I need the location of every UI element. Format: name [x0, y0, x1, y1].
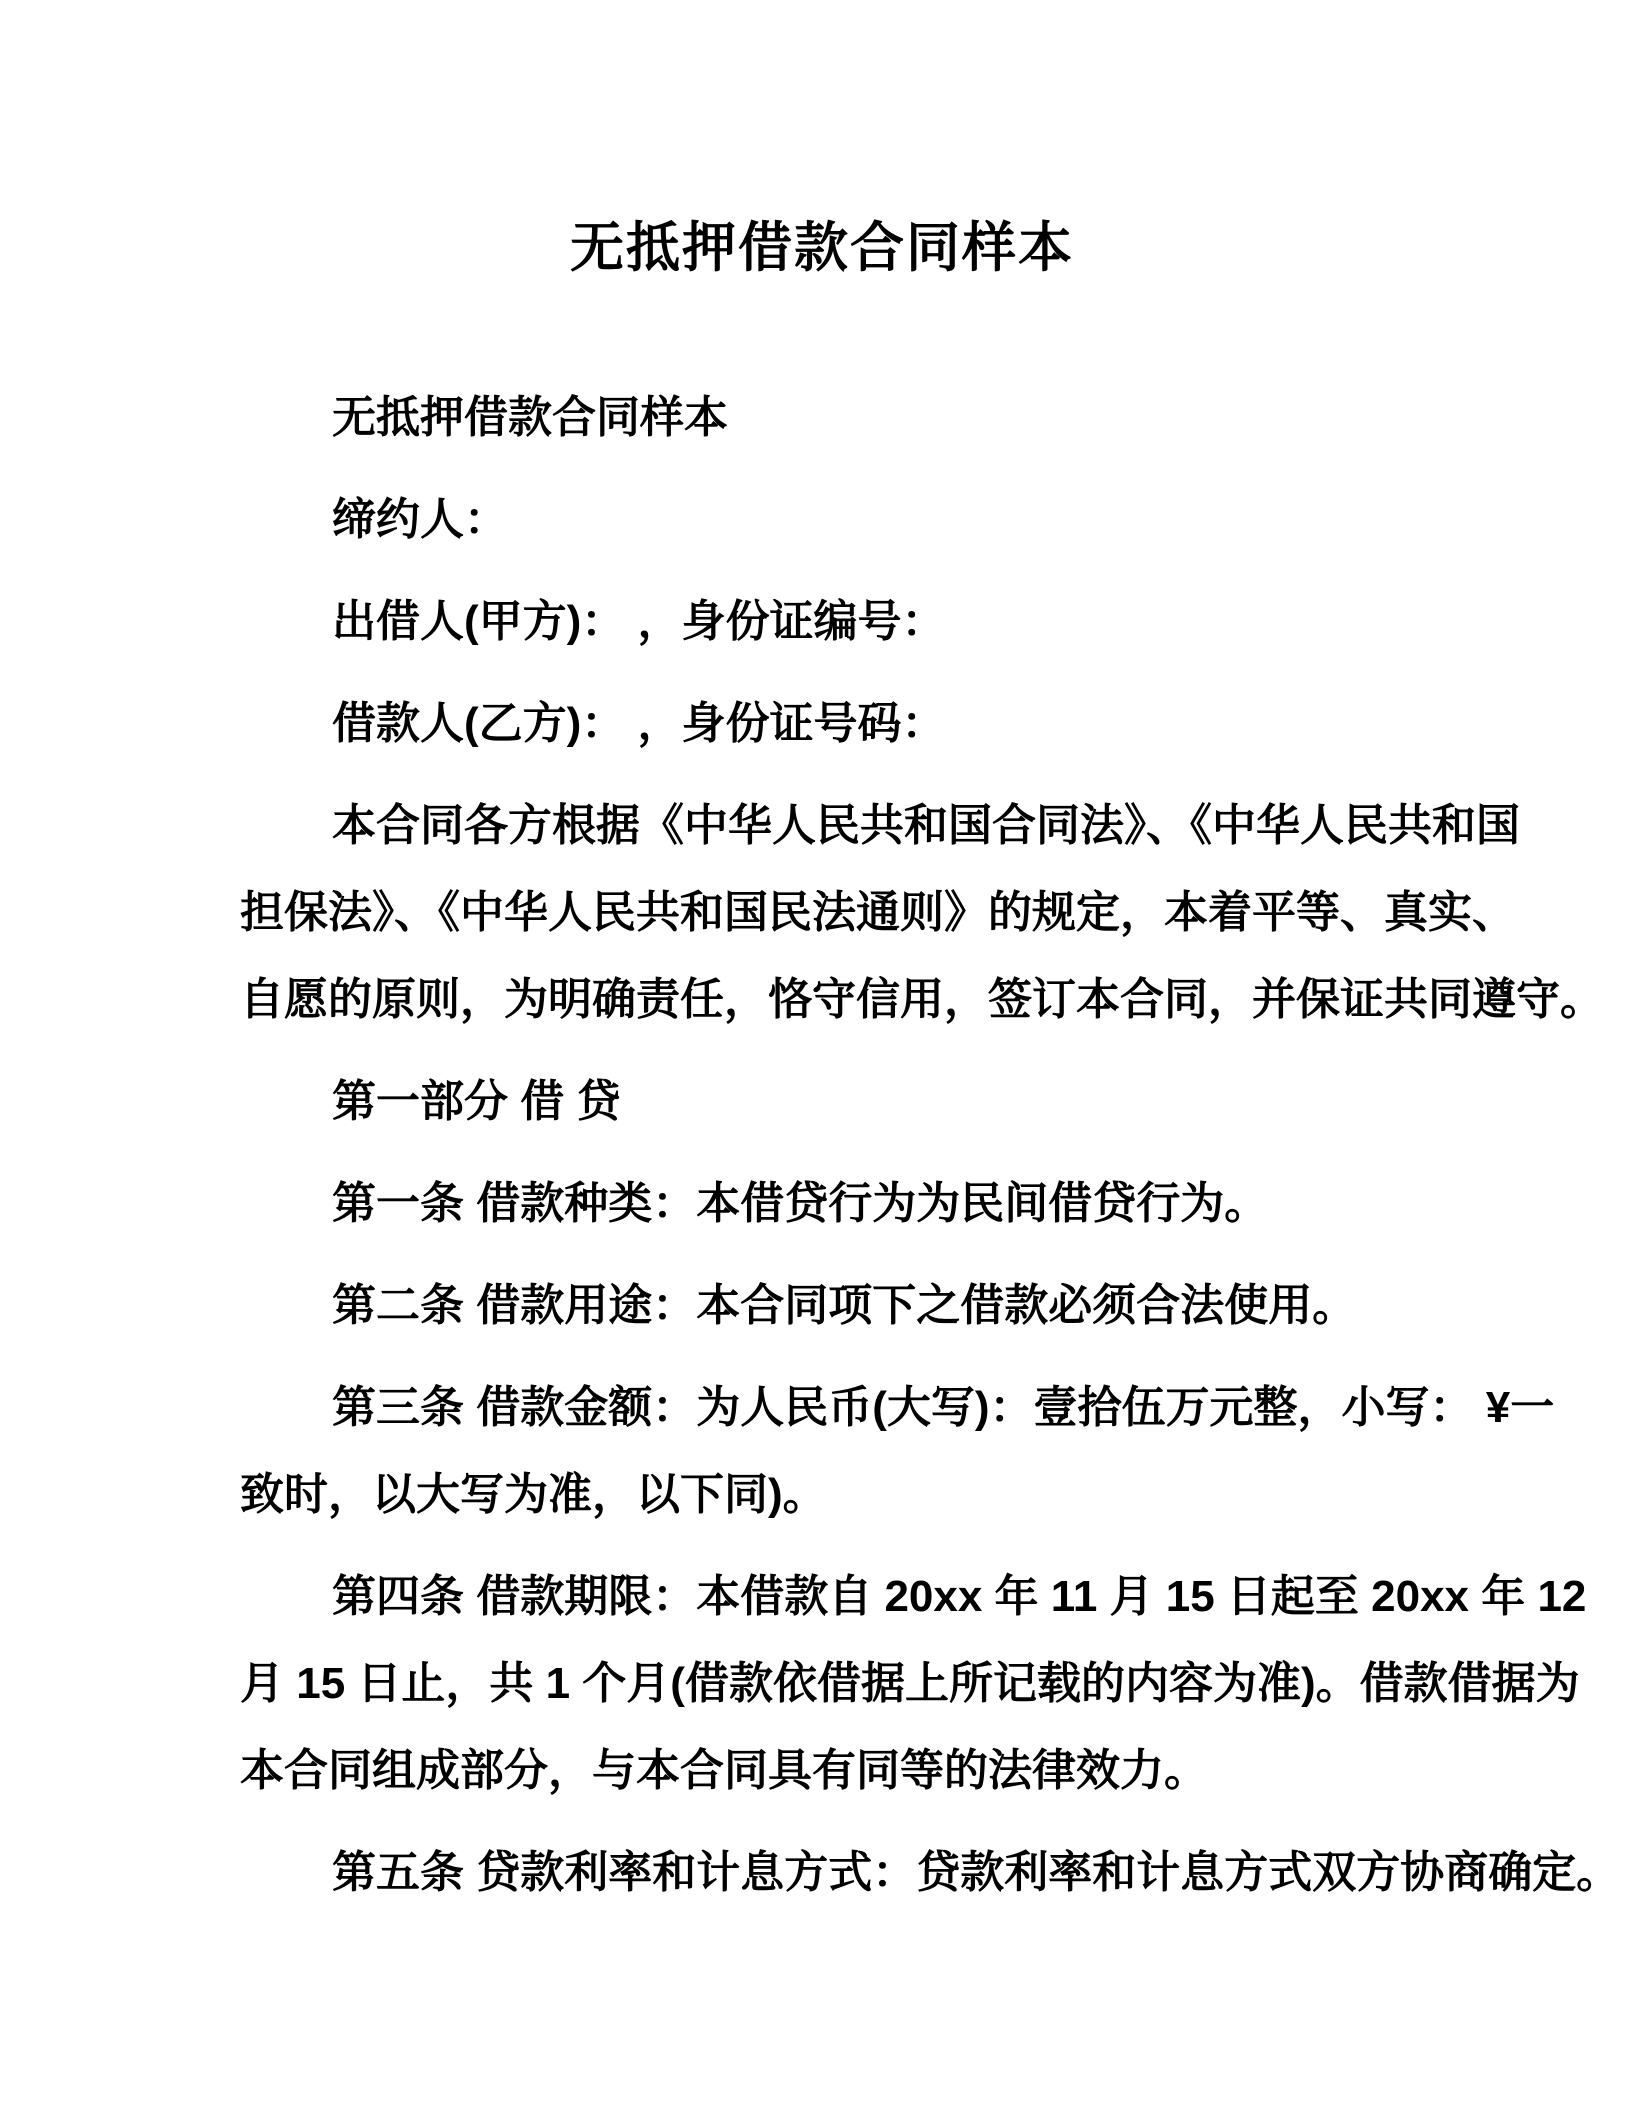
paragraph-line: 第四条 借款期限：本借款自 20xx 年 11 月 15 日起至 20xx 年 … — [240, 1553, 1404, 1640]
paragraph: 无抵押借款合同样本 — [240, 374, 1404, 461]
paragraph: 第一部分 借 贷 — [240, 1058, 1404, 1145]
paragraph-line: 致时，以大写为准，以下同)。 — [240, 1451, 1404, 1538]
paragraph: 第二条 借款用途：本合同项下之借款必须合法使用。 — [240, 1262, 1404, 1349]
paragraph: 第三条 借款金额：为人民币(大写)：壹拾伍万元整，小写： ¥一致时，以大写为准，… — [240, 1364, 1404, 1538]
paragraph: 缔约人： — [240, 476, 1404, 563]
document-body: 无抵押借款合同样本缔约人：出借人(甲方)： ，身份证编号：借款人(乙方)： ，身… — [240, 374, 1404, 1916]
paragraph-line: 第五条 贷款利率和计息方式：贷款利率和计息方式双方协商确定。 — [240, 1829, 1404, 1916]
paragraph: 本合同各方根据《中华人民共和国合同法》、《中华人民共和国担保法》、《中华人民共和… — [240, 782, 1404, 1043]
paragraph-line: 第一条 借款种类：本借贷行为为民间借贷行为。 — [240, 1160, 1404, 1247]
paragraph-line: 借款人(乙方)： ，身份证号码： — [240, 680, 1404, 767]
paragraph: 第一条 借款种类：本借贷行为为民间借贷行为。 — [240, 1160, 1404, 1247]
paragraph-line: 第三条 借款金额：为人民币(大写)：壹拾伍万元整，小写： ¥一 — [240, 1364, 1404, 1451]
document-page: 无抵押借款合同样本 无抵押借款合同样本缔约人：出借人(甲方)： ，身份证编号：借… — [0, 0, 1632, 2112]
paragraph-line: 自愿的原则，为明确责任，恪守信用，签订本合同，并保证共同遵守。 — [240, 956, 1404, 1043]
paragraph-line: 本合同各方根据《中华人民共和国合同法》、《中华人民共和国 — [240, 782, 1404, 869]
paragraph-line: 无抵押借款合同样本 — [240, 374, 1404, 461]
paragraph-line: 本合同组成部分，与本合同具有同等的法律效力。 — [240, 1727, 1404, 1814]
paragraph-line: 月 15 日止，共 1 个月(借款依借据上所记载的内容为准)。借款借据为 — [240, 1640, 1404, 1727]
paragraph-line: 担保法》、《中华人民共和国民法通则》的规定，本着平等、真实、 — [240, 869, 1404, 956]
paragraph-line: 缔约人： — [240, 476, 1404, 563]
paragraph: 借款人(乙方)： ，身份证号码： — [240, 680, 1404, 767]
paragraph: 出借人(甲方)： ，身份证编号： — [240, 578, 1404, 665]
paragraph: 第四条 借款期限：本借款自 20xx 年 11 月 15 日起至 20xx 年 … — [240, 1553, 1404, 1814]
paragraph-line: 第二条 借款用途：本合同项下之借款必须合法使用。 — [240, 1262, 1404, 1349]
paragraph: 第五条 贷款利率和计息方式：贷款利率和计息方式双方协商确定。 — [240, 1829, 1404, 1916]
paragraph-line: 第一部分 借 贷 — [240, 1058, 1404, 1145]
paragraph-line: 出借人(甲方)： ，身份证编号： — [240, 578, 1404, 665]
document-title: 无抵押借款合同样本 — [240, 212, 1404, 284]
